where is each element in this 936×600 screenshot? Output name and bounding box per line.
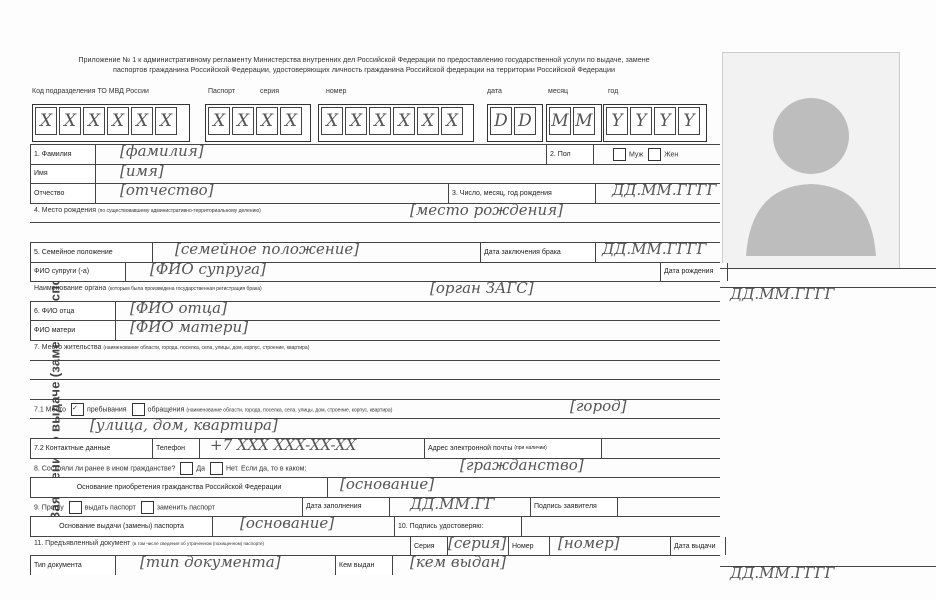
passport-application-form: Приложение № 1 к административному регла… [0,0,936,600]
digit-box[interactable]: X [441,107,463,135]
digit-box[interactable]: X [321,107,343,135]
marital-field[interactable]: [семейное положение] [175,240,359,258]
father-field[interactable]: [ФИО отца] [130,299,227,317]
passport-label: Паспорт [208,88,235,95]
issued-by-label: Кем выдан [335,556,393,575]
day-boxes[interactable]: D D [487,104,543,142]
digit-box[interactable]: X [256,107,278,135]
issued-by-field[interactable]: [кем выдан] [410,553,506,571]
surname-label: 1. Фамилия [30,145,96,164]
digit-box[interactable]: Y [630,107,652,135]
row-doc-type: Тип документа [тип документа] Кем выдан … [30,555,720,575]
header-line-1: Приложение № 1 к административному регла… [8,55,720,65]
row-stay-2: [улица, дом, квартира] [30,418,720,438]
digit-box[interactable]: D [490,107,512,135]
row-birthplace: 4. Место рождения (по существовавшему ад… [30,203,720,223]
citizenship-basis-label: Основание приобретения гражданства Росси… [30,478,328,497]
number-boxes[interactable]: X X X X X X [318,104,474,142]
year-boxes[interactable]: Y Y Y Y [603,104,707,142]
row-blank-2 [30,360,720,380]
female-label: Жен [664,151,678,158]
issue-passport-checkbox[interactable] [69,501,82,514]
digit-box[interactable]: X [208,107,230,135]
presented-doc-label: 11. Предъявленный документ (в том числе … [34,540,264,547]
patronymic-field[interactable]: [отчество] [120,181,214,199]
stay-label: 7.1 Место ✓пребывания обращения (наимено… [34,403,392,416]
applicant-signature-label: Подпись заявителя [530,498,618,517]
spouse-field[interactable]: [ФИО супруга] [150,260,266,278]
issue-basis-label: Основание выдачи (замены) паспорта [30,517,213,536]
doc-issue-date-label: Дата выдачи [670,537,726,556]
marital-label: 5. Семейное положение [30,243,153,262]
residence-label: 7. Место жительства (наименование област… [34,344,309,351]
registry-field[interactable]: [орган ЗАГС] [430,279,534,297]
digit-box[interactable]: M [549,107,571,135]
birthplace-field[interactable]: [место рождения] [410,201,563,219]
digit-box[interactable]: X [417,107,439,135]
doc-type-field[interactable]: [тип документа] [140,553,281,571]
appeal-checkbox[interactable] [132,403,145,416]
row-contacts: 7.2 Контактные данные Телефон +7 XXX XXX… [30,438,720,458]
digit-box[interactable]: X [280,107,302,135]
mother-field[interactable]: [ФИО матери] [130,318,248,336]
sex-label: 2. Пол [546,145,594,164]
spouse-dob-label: Дата рождения [660,263,728,282]
series-label: серия [260,88,279,95]
citizenship-yes-checkbox[interactable] [180,462,193,475]
doc-number-label: Номер [508,537,550,556]
right-ext-issue-date: ДД.ММ.ГГГГ [720,566,936,586]
doc-type-label: Тип документа [30,556,116,575]
digit-box[interactable]: X [35,107,57,135]
replace-passport-checkbox[interactable] [141,501,154,514]
patronymic-label: Отчество [30,184,96,203]
phone-field[interactable]: +7 XXX XXX-XX-XX [210,436,356,454]
stay-address-field[interactable]: [город] [570,397,626,415]
citizenship-no-checkbox[interactable] [210,462,223,475]
request-label: 9. Прошу выдать паспорт заменить паспорт [34,501,215,514]
birthplace-label: 4. Место рождения (по существовавшему ад… [34,207,261,214]
dept-code-boxes[interactable]: X X X X X X [32,104,190,142]
name-label: Имя [30,165,96,184]
doc-number-field[interactable]: [номер] [558,534,620,552]
other-citizenship-label: 8. Состояли ли ранее в ином гражданстве?… [34,462,306,475]
doc-series-field[interactable]: [серия] [448,534,506,552]
other-citizenship-field[interactable]: [гражданство] [460,456,584,474]
digit-box[interactable]: D [514,107,536,135]
male-label: Муж [629,151,643,158]
month-boxes[interactable]: M M [546,104,602,142]
fill-date-field[interactable]: ДД.ММ.ГГ [410,495,495,513]
day-label: дата [487,88,502,95]
marriage-date-field[interactable]: ДД.ММ.ГГГГ [602,240,706,258]
series-boxes[interactable]: X X X X [205,104,311,142]
digit-box[interactable]: X [393,107,415,135]
digit-box[interactable]: X [107,107,129,135]
phone-label: Телефон [152,439,200,458]
registry-label: Наименование органа (которым была произв… [34,285,262,292]
year-label: год [608,88,618,95]
row-presented-doc: 11. Предъявленный документ (в том числе … [30,536,720,556]
sex-female-checkbox[interactable] [648,148,661,161]
stay-checkbox[interactable]: ✓ [71,403,84,416]
form-header: Приложение № 1 к административному регла… [8,55,720,75]
spouse-dob-field[interactable]: ДД.ММ.ГГГГ [730,285,834,303]
marriage-date-label: Дата заключения брака [480,243,596,262]
row-residence: 7. Место жительства (наименование област… [30,340,720,360]
spouse-label: ФИО супруги (-а) [30,263,126,282]
contacts-label: 7.2 Контактные данные [30,439,153,458]
stay-address-line2[interactable]: [улица, дом, квартира] [90,416,278,434]
digit-box[interactable]: X [369,107,391,135]
name-field[interactable]: [имя] [120,162,164,180]
citizenship-basis-field[interactable]: [основание] [340,475,434,493]
row-marital: 5. Семейное положение [семейное положени… [30,242,720,262]
digit-box[interactable]: X [131,107,153,135]
dept-code-label: Код подразделения ТО МВД России [32,88,149,95]
row-patronymic: Отчество [отчество] 3. Число, месяц, год… [30,183,720,203]
digit-box[interactable]: X [59,107,81,135]
digit-box[interactable]: X [155,107,177,135]
row-spouse: ФИО супруги (-а) [ФИО супруга] Дата рожд… [30,262,720,282]
digit-box[interactable]: Y [654,107,676,135]
dob-field[interactable]: ДД.ММ.ГГГГ [612,181,716,199]
month-label: месяц [548,88,568,95]
digit-box[interactable]: X [83,107,105,135]
father-label: 6. ФИО отца [30,302,116,321]
surname-field[interactable]: [фамилия] [120,142,204,160]
digit-box[interactable]: X [345,107,367,135]
number-label: номер [326,88,346,95]
person-silhouette-icon [736,66,886,256]
mother-label: ФИО матери [30,321,116,340]
digit-box[interactable]: Y [606,107,628,135]
digit-box[interactable]: M [573,107,595,135]
right-ext-spouse-dob: ДД.ММ.ГГГГ [720,287,936,307]
form-grid: 1. Фамилия [фамилия] 2. Пол Муж Жен Имя … [30,144,720,575]
applicant-photo [722,52,900,269]
row-mother: ФИО матери [ФИО матери] [30,320,720,340]
sex-options: Муж Жен [610,148,678,161]
header-line-2: паспортов гражданина Российской Федераци… [8,65,720,75]
digit-box[interactable]: X [232,107,254,135]
issue-basis-field[interactable]: [основание] [240,514,334,532]
doc-issue-date-field[interactable]: ДД.ММ.ГГГГ [730,564,834,582]
row-citizenship-basis: Основание приобретения гражданства Росси… [30,477,720,497]
sex-male-checkbox[interactable] [613,148,626,161]
digit-box[interactable]: Y [678,107,700,135]
row-request: 9. Прошу выдать паспорт заменить паспорт… [30,497,720,517]
